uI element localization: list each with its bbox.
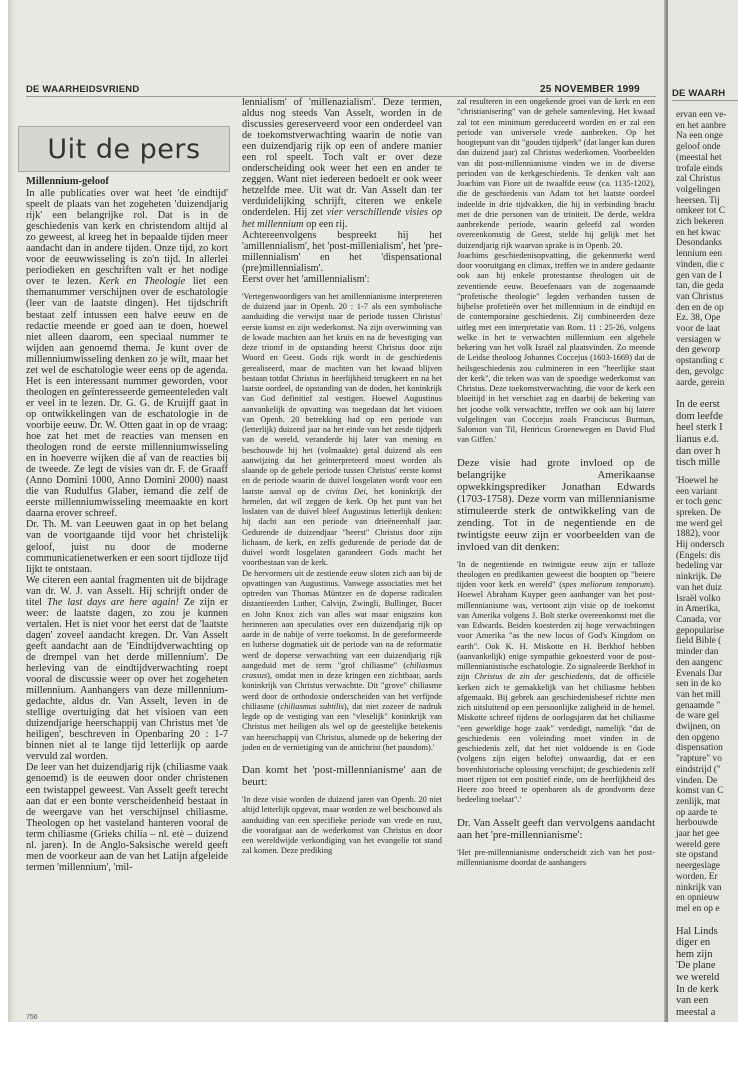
fragment-line: geloof onde [676,142,738,153]
quote-paragraph: De hervormers uit de zestiende eeuw slot… [242,569,442,754]
fragment-line: lennium een [676,249,738,260]
fragment-line: 'Hoewel he [676,476,738,487]
fragment-line: volgelingen [676,185,738,196]
quote-paragraph: Joachims geschiedenisopvatting, die geke… [457,251,655,446]
paragraph: De leer van het duizendjarig rijk (chili… [26,762,228,872]
fragment-line: meestal a [676,1007,738,1019]
fragment-line: genaamde " [676,701,738,712]
fragment-lines: ervan een ve-en het aanbreNa een ongegel… [676,110,738,388]
fragment-line: zal Christus [676,174,738,185]
paragraph: Deze visie had grote invloed op de belan… [457,457,655,553]
fragment-lines: In de eerstdom leefdeheel sterk Ilianus … [676,399,738,469]
paragraph: In alle publicaties over wat heet 'de ei… [26,188,228,519]
fragment-line: van een [676,995,738,1007]
article-column-2: lennialism' of 'millenazialism'. Deze te… [242,97,442,857]
fragment-line: van het duiz [676,583,738,594]
page-number: 756 [26,1014,38,1021]
rubric-box: Uit de pers [18,126,230,172]
fragment-line: versiagen w [676,335,738,346]
fragment-line: In de kerk [676,984,738,996]
fragment-line: Hij ondersch [676,540,738,551]
fragment-line: heersen. Tij [676,196,738,207]
header-rule [672,100,738,101]
article-column-3: zal resulteren in een ongekende groei va… [457,97,655,868]
fragment-line: ste opstand [676,850,738,861]
fragment-line: den, gevolgc [676,367,738,378]
fragment-line: trofale einds [676,164,738,175]
fragment-line: van Christus [676,292,738,303]
fragment-line: me werd gel [676,519,738,530]
fragment-line: dwijnen, on [676,722,738,733]
fragment-line: minder dan [676,647,738,658]
fragment-line: mel en op e [676,904,738,915]
quote-paragraph: 'In de negentiende en twintigste eeuw zi… [457,560,655,806]
running-header-publication: DE WAARHEIDSVRIEND [26,84,139,95]
fragment-line: vinden, die c [676,260,738,271]
fragment-line: opstanding c [676,356,738,367]
fragment-line: voor de laat [676,324,738,335]
fragment-line: diger en [676,937,738,949]
quote-paragraph: 'Het pre-millennianisme onderscheidt zic… [457,848,655,869]
fragment-line: tisch mille [676,457,738,469]
fragment-line: lianus e.d. [676,434,738,446]
fragment-line: vinden. De [676,776,738,787]
fragment-line: gen van de I [676,271,738,282]
fragment-line: tan, die geda [676,281,738,292]
fragment-line: van het mill [676,690,738,701]
quote-paragraph: 'Vertegenwoordigers van het amillenniani… [242,292,442,569]
fragment-line: omkeer tot C [676,206,738,217]
fragment-line: spreken. De [676,508,738,519]
fragment-line: den en de op [676,303,738,314]
fragment-line: wereld gere [676,840,738,851]
fragment-line: (meestal het [676,153,738,164]
fragment-line: Israël volko [676,594,738,605]
fragment-line: Desondanks [676,238,738,249]
fragment-lines: 'Hoewel heeen varianter toch gencspreken… [676,476,738,915]
paragraph: We citeren een aantal fragmenten uit de … [26,575,228,763]
fragment-line: ninkrijk. De [676,572,738,583]
paragraph: Eerst over het 'amillennialism': [242,274,442,285]
paragraph: Dr. Th. M. van Leeuwen gaat in op het be… [26,519,228,574]
fragment-line: bedeling var [676,561,738,572]
fragment-line: neergeslage [676,861,738,872]
fragment-line: dispensation [676,743,738,754]
fragment-line: en het kwac [676,228,738,239]
next-page-text-fragment: ervan een ve-en het aanbreNa een ongegel… [676,110,738,1018]
fragment-line: "rapture" vo [676,754,738,765]
article-heading: Millennium-geloof [26,176,228,188]
fragment-line: en het aanbre [676,121,738,132]
fragment-line: dom leefde [676,411,738,423]
fragment-line: 'De plane [676,960,738,972]
fragment-line: herbouwde [676,818,738,829]
paragraph: Dan komt het 'post-millennianisme' aan d… [242,764,442,788]
fragment-line: heel sterk I [676,422,738,434]
running-header-next-page: DE WAARH [672,88,725,99]
fragment-line: ninkrijk van [676,883,738,894]
fragment-line: Evenals Dar [676,669,738,680]
fragment-line: eindstrijd (" [676,765,738,776]
fragment-line: ervan een ve- [676,110,738,121]
fragment-line: aarde, gerein [676,378,738,389]
fragment-line: Hal Linds [676,926,738,938]
fragment-line: gepopularise [676,626,738,637]
fragment-line: op aarde te [676,808,738,819]
fragment-line: sen in de ko [676,679,738,690]
rubric-title: Uit de pers [47,134,200,165]
fragment-line: in Amerika, [676,604,738,615]
fragment-line: den opgeno [676,733,738,744]
fragment-line: we wereld [676,972,738,984]
fragment-line: zich bekeren [676,217,738,228]
fragment-line: komst van C [676,786,738,797]
fragment-line: en opnieuw [676,893,738,904]
fragment-line: In de eerst [676,399,738,411]
fragment-line: den geworp [676,345,738,356]
fragment-line: een variant [676,487,738,498]
fragment-line: 1882), voor [676,529,738,540]
article-column-1: Millennium-geloof In alle publicaties ov… [26,176,228,873]
paragraph: Achtereenvolgens bespreekt hij het 'amil… [242,230,442,274]
fragment-line: jaar het gee [676,829,738,840]
fragment-line: de ware gel [676,711,738,722]
fragment-lines: Hal Lindsdiger enhem zijn'De planewe wer… [676,926,738,1019]
paragraph: Dr. Van Asselt geeft dan vervolgens aand… [457,817,655,841]
fragment-line: Na een onge [676,131,738,142]
fragment-line: zenlijk, mat [676,797,738,808]
fragment-line: Canada, vor [676,615,738,626]
fragment-line: dan over h [676,446,738,458]
fragment-line: den aangenc [676,658,738,669]
quote-paragraph: 'In deze visie worden de duizend jaren v… [242,795,442,857]
fragment-line: worden. Er [676,872,738,883]
fragment-line: hem zijn [676,949,738,961]
fragment-line: field Bible ( [676,636,738,647]
fragment-line: (Engels: dis [676,551,738,562]
quote-paragraph: zal resulteren in een ongekende groei va… [457,97,655,251]
running-header-date: 25 NOVEMBER 1999 [540,84,640,95]
fragment-line: er toch genc [676,497,738,508]
paragraph: lennialism' of 'millenazialism'. Deze te… [242,97,442,230]
fragment-line: Ez. 38, Ope [676,313,738,324]
